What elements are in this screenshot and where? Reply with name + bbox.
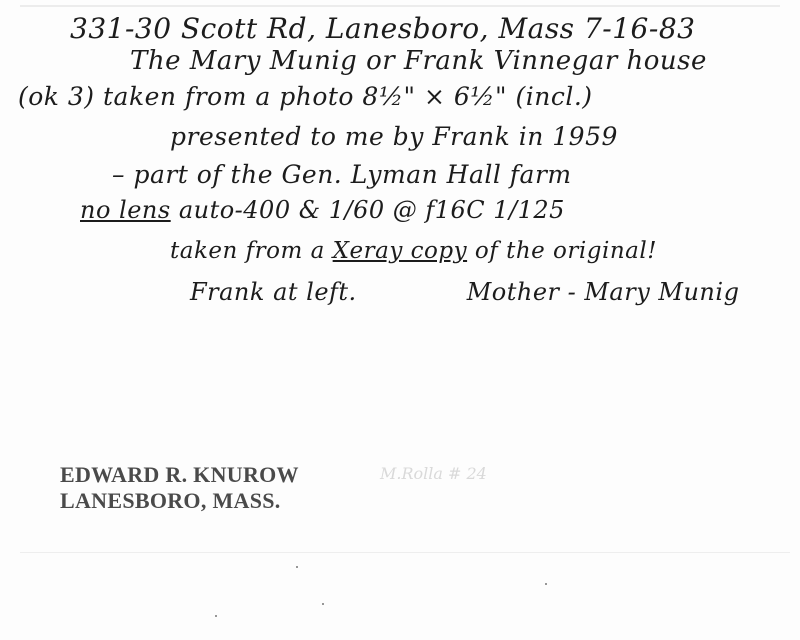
xeray-copy: Xeray copy xyxy=(333,238,467,264)
handwritten-presented: presented to me by Frank in 1959 xyxy=(170,122,618,151)
handwritten-copy-note: taken from a Xeray copy of the original! xyxy=(170,238,657,264)
mother-caption: Mother - Mary Munig xyxy=(467,278,740,306)
exposure-note: auto-400 & 1/60 @ f16C 1/125 xyxy=(171,196,565,224)
handwritten-house-title: The Mary Munig or Frank Vinnegar house xyxy=(130,46,707,76)
handwritten-farm: – part of the Gen. Lyman Hall farm xyxy=(112,160,572,189)
frank-caption: Frank at left. xyxy=(190,278,357,306)
speck xyxy=(296,566,298,568)
stamp-name: EDWARD R. KNUROW xyxy=(60,462,299,488)
card-top-edge xyxy=(20,5,780,7)
stamp-location: LANESBORO, MASS. xyxy=(60,488,281,514)
handwritten-camera-settings: no lens auto-400 & 1/60 @ f16C 1/125 xyxy=(80,196,565,224)
speck xyxy=(322,603,324,605)
photo-back-card: 331-30 Scott Rd, Lanesboro, Mass 7-16-83… xyxy=(0,0,800,640)
copy-note-suffix: of the original! xyxy=(467,238,657,264)
handwritten-photo-source: (ok 3) taken from a photo 8½" × 6½" (inc… xyxy=(18,82,593,111)
faint-pencil-note: M.Rolla # 24 xyxy=(380,464,487,483)
card-bottom-edge xyxy=(20,552,790,553)
no-lens-note: no lens xyxy=(80,196,171,224)
copy-note-prefix: taken from a xyxy=(170,238,333,264)
handwritten-address-date: 331-30 Scott Rd, Lanesboro, Mass 7-16-83 xyxy=(70,12,695,45)
speck xyxy=(215,615,217,617)
handwritten-caption: Frank at left.Mother - Mary Munig xyxy=(190,278,739,306)
speck xyxy=(545,583,547,585)
